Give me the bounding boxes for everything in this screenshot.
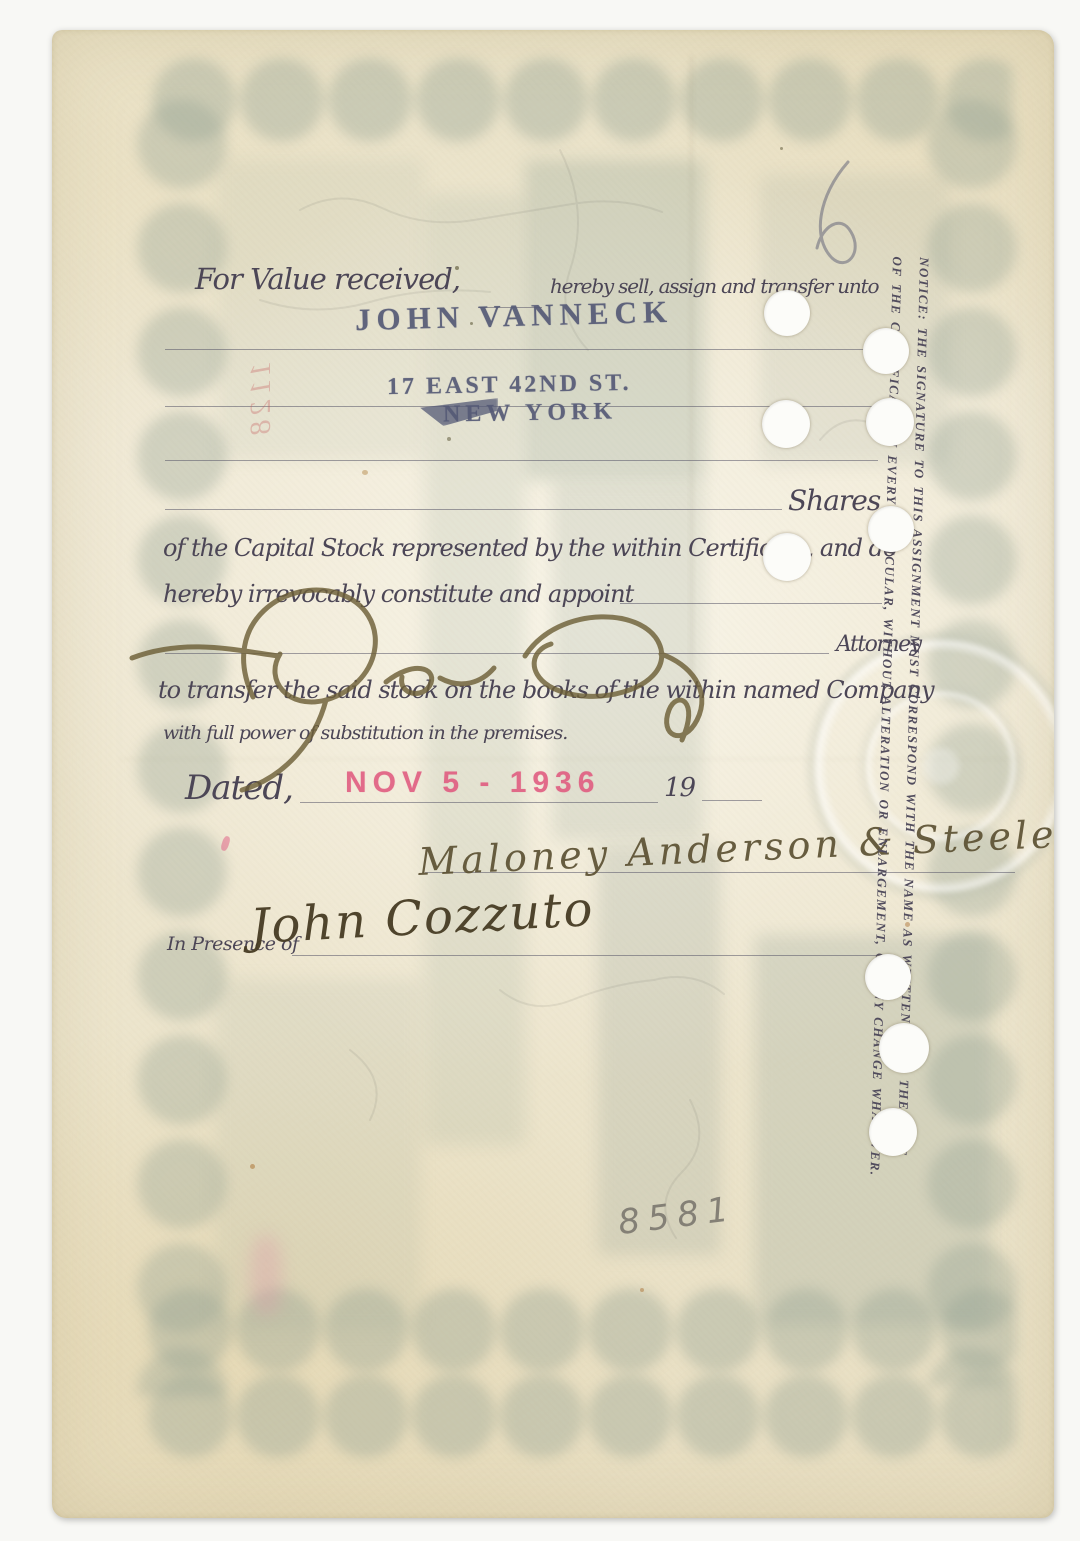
punch-hole (869, 1108, 917, 1156)
scanned-document: { "assignment": { "opening_pre": "For Va… (0, 0, 1080, 1541)
ink-speck (470, 322, 473, 325)
form-line-shares (165, 509, 782, 510)
witness-line (292, 955, 880, 956)
opening-phrase-left: For Value received, (195, 262, 460, 296)
opening-phrase-right: hereby sell, assign and transfer unto (550, 274, 878, 298)
foxing-spot (250, 1164, 255, 1169)
punch-hole (863, 328, 909, 374)
paper-content-layer: For Value received, hereby sell, assign … (52, 30, 1054, 1518)
punch-hole (868, 506, 914, 552)
year-blank-line (702, 800, 762, 801)
punch-hole (764, 290, 810, 336)
punch-hole (865, 954, 911, 1000)
ink-speck (455, 266, 459, 270)
foxing-spot (640, 1288, 644, 1292)
form-line-3 (165, 460, 878, 461)
form-line-1 (165, 349, 878, 350)
ink-speck (447, 437, 451, 441)
recipient-address-stamp-line1: 17 EAST 42ND ST. (387, 370, 632, 401)
dated-line (300, 802, 658, 803)
foxing-spot (905, 922, 910, 927)
punch-hole (866, 398, 914, 446)
ink-speck (780, 147, 783, 150)
punch-hole (879, 1023, 929, 1073)
punch-hole (762, 400, 810, 448)
foxing-spot (362, 470, 368, 475)
attorney-signature-scrawl (130, 560, 690, 800)
shares-label: Shares (788, 484, 880, 517)
certificate-back-paper: For Value received, hereby sell, assign … (52, 30, 1054, 1518)
punch-hole (763, 533, 811, 581)
ink-flourish-showthrough (817, 162, 855, 263)
mirrored-serial-showthrough: 1128 (244, 362, 278, 440)
